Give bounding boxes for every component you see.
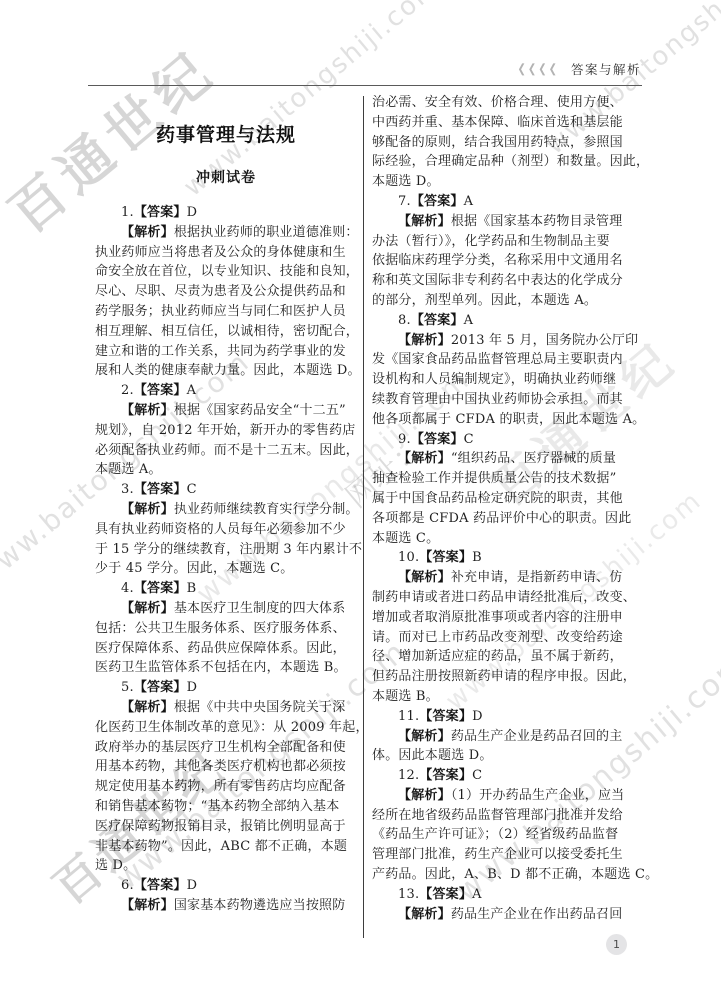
text-line: 规划》，自 2012 年开始，新开办的零售药店 xyxy=(95,421,357,441)
text-line: 属于中国食品药品检定研究院的职责，其他 xyxy=(372,489,642,509)
text-line: 【解析】药品生产企业是药品召回的主 xyxy=(372,727,642,747)
column-divider xyxy=(363,96,364,938)
text-line: 3.【答案】C xyxy=(95,480,357,500)
text-line: 医疗保障药物报销目录，报销比例明显高于 xyxy=(95,817,357,837)
text-line: 【解析】国家基本药物遴选应当按照防 xyxy=(95,896,357,916)
page-number-badge: 1 xyxy=(606,934,627,955)
text-line: 执业药师应当将患者及公众的身体健康和生 xyxy=(95,243,357,263)
text-line: 经所在地省级药品监督管理部门批准并发给 xyxy=(372,806,642,826)
text-line: 够配备的原则，结合我国用药特点，参照国 xyxy=(372,133,642,153)
text-line: 医药卫生监管体系不包括在内，本题选 B。 xyxy=(95,658,357,678)
text-line: 相互理解、相互信任，以诚相待，密切配合， xyxy=(95,322,357,342)
text-line: 1.【答案】D xyxy=(95,203,357,223)
left-column-text: 1.【答案】D【解析】根据执业药师的职业道德准则：执业药师应当将患者及公众的身体… xyxy=(95,203,357,916)
text-line: 续教育管理由中国执业药师协会承担。而其 xyxy=(372,390,642,410)
text-line: 产药品。因此，A、B、D 都不正确，本题选 C。 xyxy=(372,865,642,885)
text-line: 9.【答案】C xyxy=(372,430,642,450)
text-line: 12.【答案】C xyxy=(372,766,642,786)
text-line: 《药品生产许可证》；（2）经省级药品监督 xyxy=(372,825,642,845)
text-line: 径、增加新适应症的药品，虽不属于新药， xyxy=(372,647,642,667)
running-head-title: 答案与解析 xyxy=(571,60,641,78)
text-line: 【解析】“组织药品、医疗器械的质量 xyxy=(372,449,642,469)
text-line: 的部分，剂型单列。因此，本题选 A。 xyxy=(372,291,642,311)
left-column: 药事管理与法规 冲刺试卷 1.【答案】D【解析】根据执业药师的职业道德准则：执业… xyxy=(95,100,357,960)
text-line: 【解析】根据执业药师的职业道德准则： xyxy=(95,223,357,243)
text-line: 规定使用基本药物，所有零售药店均应配备 xyxy=(95,777,357,797)
text-line: 制药申请或者进口药品申请经批准后，改变、 xyxy=(372,588,642,608)
text-line: 【解析】药品生产企业在作出药品召回 xyxy=(372,905,642,925)
right-column-text: 治必需、安全有效、价格合理、使用方便、中西药并重、基本保障、临床首选和基层能够配… xyxy=(372,93,642,924)
text-line: 但药品注册按照新药申请的程序申报。因此， xyxy=(372,667,642,687)
right-column: 治必需、安全有效、价格合理、使用方便、中西药并重、基本保障、临床首选和基层能够配… xyxy=(372,93,642,963)
text-line: 办法（暂行）》，化学药品和生物制品主要 xyxy=(372,232,642,252)
text-line: 建立和谐的工作关系，共同为药学事业的发 xyxy=(95,342,357,362)
text-line: 设机构和人员编制规定》，明确执业药师继 xyxy=(372,370,642,390)
text-line: 【解析】根据《国家基本药物目录管理 xyxy=(372,212,642,232)
text-line: 本题选 C。 xyxy=(372,529,642,549)
text-line: 具有执业药师资格的人员每年必须参加不少 xyxy=(95,520,357,540)
text-line: 8.【答案】A xyxy=(372,311,642,331)
text-line: 化医药卫生体制改革的意见》：从 2009 年起， xyxy=(95,718,357,738)
text-line: 本题选 D。 xyxy=(372,172,642,192)
text-line: 和销售基本药物；“基本药物全部纳入基本 xyxy=(95,797,357,817)
text-line: 选 D。 xyxy=(95,856,357,876)
text-line: 展和人类的健康奉献力量。因此，本题选 D。 xyxy=(95,361,357,381)
text-line: 抽查检验工作并提供质量公告的技术数据” xyxy=(372,469,642,489)
text-line: 包括：公共卫生服务体系、医疗服务体系、 xyxy=(95,619,357,639)
text-line: 6.【答案】D xyxy=(95,876,357,896)
text-line: 4.【答案】B xyxy=(95,579,357,599)
page-header: ❮❮❮❮ 答案与解析 xyxy=(517,60,641,78)
text-line: 尽心、尽职、尽责为患者及公众提供药品和 xyxy=(95,282,357,302)
text-line: 各项都是 CFDA 药品评价中心的职责。因此 xyxy=(372,509,642,529)
text-line: 体。因此本题选 D。 xyxy=(372,746,642,766)
text-line: 必须配备执业药师。而不是十二五末。因此， xyxy=(95,441,357,461)
text-line: 7.【答案】A xyxy=(372,192,642,212)
text-line: 5.【答案】D xyxy=(95,678,357,698)
text-line: 于 15 学分的继续教育，注册期 3 年内累计不 xyxy=(95,540,357,560)
text-line: 【解析】根据《国家药品安全“十二五” xyxy=(95,401,357,421)
text-line: 请。而对已上市药品改变剂型、改变给药途 xyxy=(372,628,642,648)
text-line: 药学服务；执业药师应当与同仁和医护人员 xyxy=(95,302,357,322)
text-line: 【解析】执业药师继续教育实行学分制。 xyxy=(95,500,357,520)
text-line: 增加或者取消原批准事项或者内容的注册申 xyxy=(372,608,642,628)
document-page: 百通世纪 www.baitongshiji.com www.baitongshi… xyxy=(0,0,721,1005)
document-title: 药事管理与法规 xyxy=(95,120,357,147)
text-line: 用基本药物，其他各类医疗机构也都必须按 xyxy=(95,757,357,777)
header-rule xyxy=(88,85,642,86)
text-line: 际经验，合理确定品种（剂型）和数量。因此， xyxy=(372,152,642,172)
text-line: 2.【答案】A xyxy=(95,381,357,401)
text-line: 称和英文国际非专利药名中表达的化学成分 xyxy=(372,271,642,291)
text-line: 【解析】根据《中共中央国务院关于深 xyxy=(95,698,357,718)
text-line: 少于 45 学分。因此，本题选 C。 xyxy=(95,559,357,579)
text-line: 本题选 A。 xyxy=(95,460,357,480)
text-line: 【解析】补充申请，是指新药申请、仿 xyxy=(372,568,642,588)
text-line: 政府举办的基层医疗卫生机构全部配备和使 xyxy=(95,738,357,758)
text-line: 发《国家食品药品监督管理总局主要职责内 xyxy=(372,350,642,370)
text-line: 【解析】（1）开办药品生产企业，应当 xyxy=(372,786,642,806)
chevrons-left-icon: ❮❮❮❮ xyxy=(517,62,559,75)
text-line: 13.【答案】A xyxy=(372,885,642,905)
text-line: 管理部门批准，药生产企业可以接受委托生 xyxy=(372,845,642,865)
text-line: 依据临床药理学分类，名称采用中文通用名 xyxy=(372,251,642,271)
text-line: 本题选 B。 xyxy=(372,687,642,707)
text-line: 命安全放在首位，以专业知识、技能和良知， xyxy=(95,262,357,282)
text-line: 【解析】基本医疗卫生制度的四大体系 xyxy=(95,599,357,619)
document-subtitle: 冲刺试卷 xyxy=(95,167,357,187)
text-line: 10.【答案】B xyxy=(372,548,642,568)
text-line: 他各项都属于 CFDA 的职责，因此本题选 A。 xyxy=(372,410,642,430)
text-line: 中西药并重、基本保障、临床首选和基层能 xyxy=(372,113,642,133)
text-line: 【解析】2013 年 5 月，国务院办公厅印 xyxy=(372,331,642,351)
text-line: 医疗保障体系、药品供应保障体系。因此， xyxy=(95,639,357,659)
text-line: 11.【答案】D xyxy=(372,707,642,727)
text-line: 治必需、安全有效、价格合理、使用方便、 xyxy=(372,93,642,113)
text-line: 非基本药物”。因此，ABC 都不正确，本题 xyxy=(95,837,357,857)
